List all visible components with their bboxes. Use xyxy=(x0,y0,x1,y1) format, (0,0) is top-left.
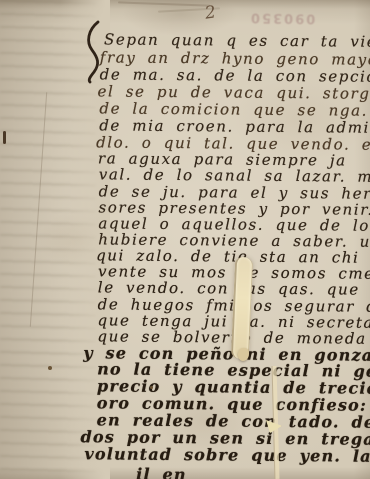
manuscript-line: il en xyxy=(136,465,187,479)
manuscript-text: Sepan quan q es car ta vien fray an drz … xyxy=(0,0,370,479)
ink-speck xyxy=(3,131,6,144)
manuscript-photo: 2 090350 Sepan quan q es car ta vien fra… xyxy=(0,0,370,479)
manuscript-line: voluntad sobre que yen. lae xyxy=(84,444,370,466)
ink-speck xyxy=(48,366,52,370)
ink-speck xyxy=(150,386,153,389)
